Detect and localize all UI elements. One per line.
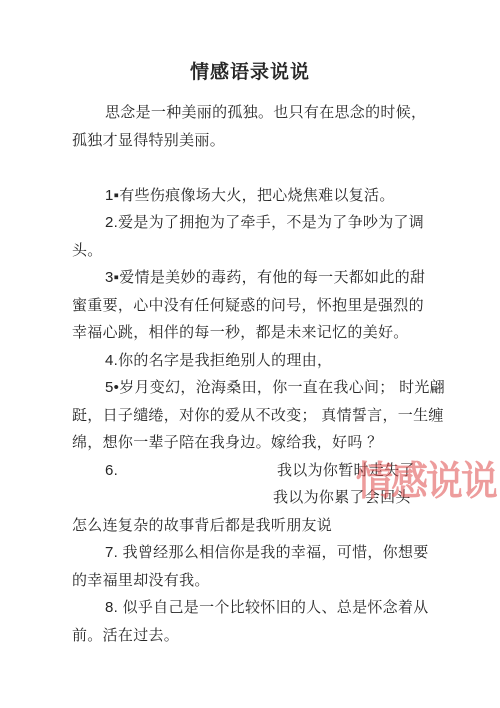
text-line xyxy=(72,154,500,182)
text-line: 头。 xyxy=(72,237,500,265)
text-line: 思念是一种美丽的孤独。也只有在思念的时候， xyxy=(72,99,500,127)
document-page: 情感语录说说 思念是一种美丽的孤独。也只有在思念的时候，孤独才显得特别美丽。1▪… xyxy=(0,0,500,708)
text-line: 孤独才显得特别美丽。 xyxy=(72,127,500,155)
text-line: 前。活在过去。 xyxy=(72,622,500,650)
text-line: 3▪爱情是美妙的毒药，有他的每一天都如此的甜 xyxy=(72,264,500,292)
document-body: 思念是一种美丽的孤独。也只有在思念的时候，孤独才显得特别美丽。1▪有些伤痕像场大… xyxy=(0,99,500,649)
text-line: 我以为你累了会回头 xyxy=(72,484,500,512)
text-line: 7. 我曾经那么相信你是我的幸福，可惜，你想要 xyxy=(72,539,500,567)
text-line: 幸福心跳，相伴的每一秒，都是未来记忆的美好。 xyxy=(72,319,500,347)
page-title: 情感语录说说 xyxy=(0,0,500,87)
text-line: 4.你的名字是我拒绝别人的理由， xyxy=(72,347,500,375)
text-line: 绵，想你一辈子陪在我身边。嫁给我，好吗 ？ xyxy=(72,429,500,457)
list-number: 6. xyxy=(105,457,118,485)
text-line: 5•岁月变幻，沧海桑田，你一直在我心间； 时光翩 xyxy=(72,374,500,402)
text-line: 蜜重要，心中没有任何疑惑的问号，怀抱里是强烈的 xyxy=(72,292,500,320)
text-line: 的幸福里却没有我。 xyxy=(72,567,500,595)
quote-phrase: 我以为你暂时走失了 xyxy=(277,457,415,485)
text-line: 1▪有些伤痕像场大火，把心烧焦难以复活。 xyxy=(72,182,500,210)
text-line: 8. 似乎自己是一个比较怀旧的人、总是怀念着从 xyxy=(72,594,500,622)
text-line: 跹，日子缱绻，对你的爱从不改变； 真情誓言，一生缠 xyxy=(72,402,500,430)
text-line: 6.我以为你暂时走失了 xyxy=(72,457,500,485)
text-line: 2.爱是为了拥抱为了牵手，不是为了争吵为了调 xyxy=(72,209,500,237)
text-line: 怎么连复杂的故事背后都是我听朋友说 xyxy=(72,512,500,540)
